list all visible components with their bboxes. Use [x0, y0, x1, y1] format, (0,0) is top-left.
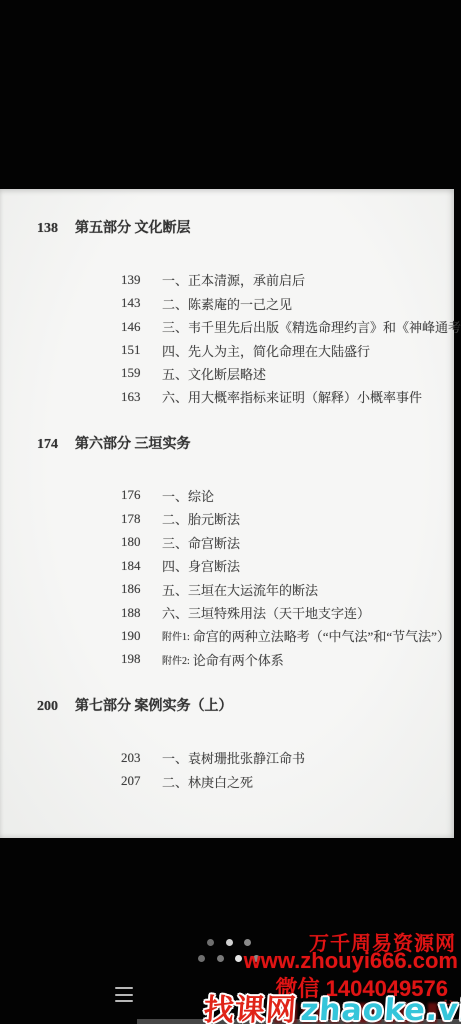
toc-section-header: 174第六部分 三垣实务	[37, 435, 454, 454]
toc-section-title: 第五部分 文化断层	[75, 221, 191, 236]
toc-entry-title: 三、命宫断法	[162, 533, 240, 552]
toc-entry: 203一、袁树珊批张静江命书	[0, 746, 454, 769]
toc-entry-title: 六、用大概率指标来证明（解释）小概率事件	[162, 387, 422, 406]
toc-entry: 180三、命宫断法	[0, 531, 454, 554]
dot-icon	[198, 955, 205, 962]
toc-entry: 178二、胎元断法	[0, 507, 454, 530]
toc-entry-attachment-prefix: 附件2:	[162, 652, 190, 667]
toc-entry-page: 190	[121, 628, 162, 644]
dot-icon	[235, 955, 242, 962]
toc-entry: 146三、韦千里先后出版《精选命理约言》和《神峰通考》	[0, 315, 454, 338]
toc-entry-title: 一、袁树珊批张静江命书	[162, 748, 305, 767]
dot-icon	[207, 939, 214, 946]
zhaoke-watermark-badge: 找课网zhaoke.vip	[202, 985, 461, 1024]
toc-entry-title: 六、三垣特殊用法（天干地支字连）	[162, 603, 370, 622]
toc-entry-page: 143	[121, 295, 162, 311]
toc-entry-page: 146	[121, 319, 162, 335]
toc-entry: 151四、先人为主，简化命理在大陆盛行	[0, 338, 454, 361]
toc-entry-title: 一、正本清源，承前启后	[162, 270, 305, 289]
toc-entry: 176一、综论	[0, 484, 454, 507]
toc-entry-title: 四、身宫断法	[162, 556, 240, 575]
toc-entry-title: 五、文化断层略述	[162, 364, 266, 383]
toc-entry-title: 一、综论	[162, 486, 214, 505]
toc-entry-page: 198	[121, 651, 162, 667]
toc-entry: 190附件1:命宫的两种立法略考（“中气法”和“节气法”）	[0, 624, 454, 647]
toc-section-page-number: 200	[37, 697, 75, 716]
toc-entry: 139一、正本清源，承前启后	[0, 268, 454, 291]
ebook-reader-screen: 138第五部分 文化断层139一、正本清源，承前启后143二、陈素庵的一己之见1…	[0, 0, 461, 1024]
toc-section: 174第六部分 三垣实务176一、综论178二、胎元断法180三、命宫断法184…	[0, 435, 454, 672]
toc-entry-page: 176	[121, 487, 162, 503]
toc-section-page-number: 138	[37, 219, 75, 238]
badge-domain-label: zhaoke.vip	[300, 993, 461, 1024]
dot-icon	[226, 939, 233, 946]
toc-section: 200第七部分 案例实务（上）203一、袁树珊批张静江命书207二、林庚白之死	[0, 697, 454, 793]
toc-entry: 184四、身宫断法	[0, 554, 454, 577]
toc-entry-page: 178	[121, 511, 162, 527]
toc-entry-page: 180	[121, 534, 162, 550]
toc-entry-page: 207	[121, 773, 162, 789]
toc-entry-title: 五、三垣在大运流年的断法	[162, 580, 318, 599]
toc-entry-page: 159	[121, 365, 162, 381]
badge-cn-label: 找课网	[203, 993, 298, 1024]
toc-entry: 186五、三垣在大运流年的断法	[0, 577, 454, 600]
toc-section-header: 200第七部分 案例实务（上）	[37, 697, 454, 716]
toc-entry: 198附件2:论命有两个体系	[0, 648, 454, 671]
toc-entry-title: 二、林庚白之死	[162, 772, 253, 791]
toc-entry-page: 186	[121, 581, 162, 597]
book-page: 138第五部分 文化断层139一、正本清源，承前启后143二、陈素庵的一己之见1…	[0, 189, 454, 838]
toc-entry-page: 151	[121, 342, 162, 358]
toc-entry: 143二、陈素庵的一己之见	[0, 291, 454, 314]
watermark-site-url: www.zhouyi666.com	[244, 948, 458, 974]
toc-entry-page: 139	[121, 272, 162, 288]
toc-entry: 159五、文化断层略述	[0, 362, 454, 385]
toc-entry: 188六、三垣特殊用法（天干地支字连）	[0, 601, 454, 624]
toc-entry-title: 三、韦千里先后出版《精选命理约言》和《神峰通考》	[162, 317, 461, 336]
toc-entry-page: 188	[121, 605, 162, 621]
toc-entry: 207二、林庚白之死	[0, 770, 454, 793]
toc-entry-attachment-prefix: 附件1:	[162, 628, 190, 643]
toc-section: 138第五部分 文化断层139一、正本清源，承前启后143二、陈素庵的一己之见1…	[0, 219, 454, 409]
toc-entry-title: 二、胎元断法	[162, 509, 240, 528]
dot-icon	[217, 955, 224, 962]
toc-section-title: 第六部分 三垣实务	[75, 437, 191, 452]
toc-entry-title: 二、陈素庵的一己之见	[162, 294, 292, 313]
toc-entry-page: 203	[121, 750, 162, 766]
dot-icon	[244, 939, 251, 946]
menu-icon[interactable]	[115, 987, 133, 1003]
toc-entry-title: 命宫的两种立法略考（“中气法”和“节气法”）	[193, 626, 450, 645]
toc-entry-title: 论命有两个体系	[193, 650, 284, 669]
toc-section-header: 138第五部分 文化断层	[37, 219, 454, 238]
toc-entry-page: 184	[121, 558, 162, 574]
toc-section-page-number: 174	[37, 435, 75, 454]
toc-entry-title: 四、先人为主，简化命理在大陆盛行	[162, 341, 370, 360]
toc-section-title: 第七部分 案例实务（上）	[75, 699, 233, 714]
table-of-contents: 138第五部分 文化断层139一、正本清源，承前启后143二、陈素庵的一己之见1…	[0, 189, 454, 793]
toc-entry-page: 163	[121, 389, 162, 405]
toc-entry: 163六、用大概率指标来证明（解释）小概率事件	[0, 385, 454, 408]
